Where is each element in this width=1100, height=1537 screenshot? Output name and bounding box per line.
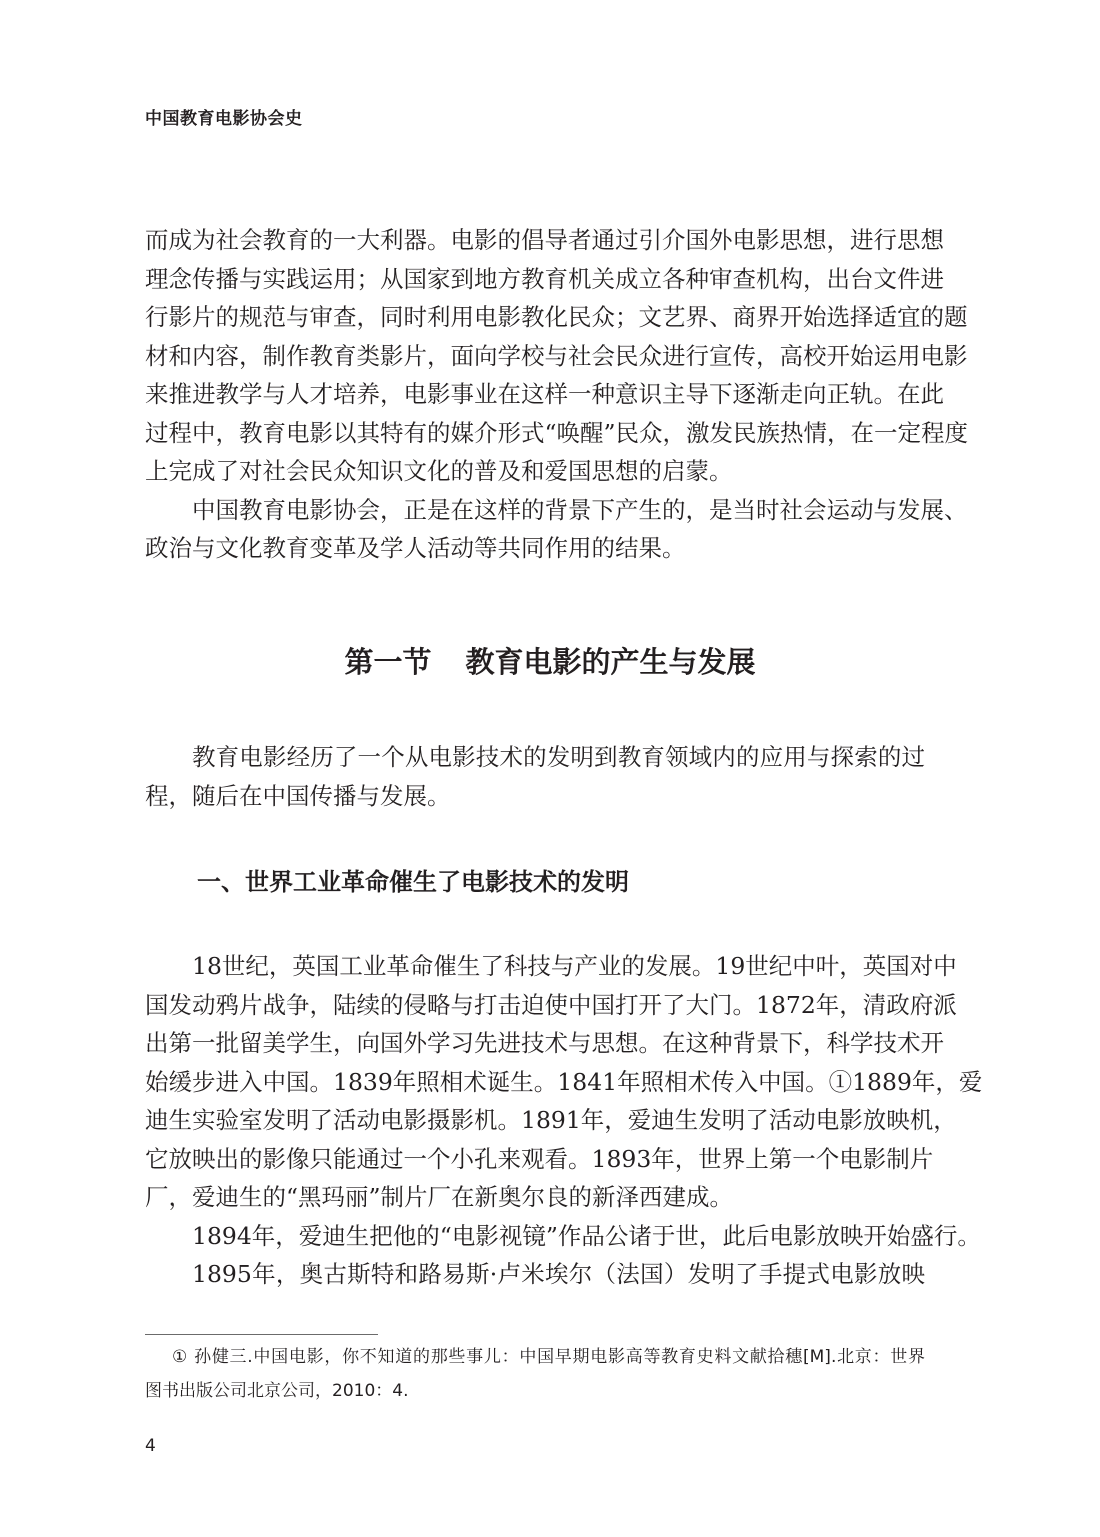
body-text-line: 迪生实验室发明了活动电影摄影机。1891年，爱迪生发明了活动电影放映机， bbox=[145, 1105, 925, 1135]
section-number: 第一节 bbox=[344, 645, 431, 679]
body-text-line: 教育电影经历了一个从电影技术的发明到教育领域内的应用与探索的过 bbox=[192, 742, 925, 772]
footnote-text: ① 孙健三.中国电影，你不知道的那些事儿：中国早期电影高等教育史料文献拾穗[M]… bbox=[172, 1346, 925, 1368]
body-text-line: 上完成了对社会民众知识文化的普及和爱国思想的启蒙。 bbox=[145, 456, 925, 486]
footnote-text: 图书出版公司北京公司，2010：4. bbox=[145, 1380, 408, 1402]
body-text-line: 过程中，教育电影以其特有的媒介形式“唤醒”民众，激发民族热情，在一定程度 bbox=[145, 418, 925, 448]
subsection-heading: 一、世界工业革命催生了电影技术的发明 bbox=[197, 862, 629, 897]
body-text-line: 始缓步进入中国。1839年照相术诞生。1841年照相术传入中国。①1889年，爱 bbox=[145, 1067, 925, 1097]
body-text-line: 它放映出的影像只能通过一个小孔来观看。1893年，世界上第一个电影制片 bbox=[145, 1144, 925, 1174]
section-title-text: 教育电影的产生与发展 bbox=[466, 645, 756, 679]
body-text-line: 国发动鸦片战争，陆续的侵略与打击迫使中国打开了大门。1872年，清政府派 bbox=[145, 990, 925, 1020]
body-text-line: 而成为社会教育的一大利器。电影的倡导者通过引介国外电影思想，进行思想 bbox=[145, 225, 925, 255]
body-text-line: 中国教育电影协会，正是在这样的背景下产生的，是当时社会运动与发展、 bbox=[192, 495, 925, 525]
body-text-line: 1894年，爱迪生把他的“电影视镜”作品公诸于世，此后电影放映开始盛行。 bbox=[192, 1221, 925, 1251]
body-text-line: 政治与文化教育变革及学人活动等共同作用的结果。 bbox=[145, 533, 925, 563]
body-text-line: 理念传播与实践运用；从国家到地方教育机关成立各种审查机构，出台文件进 bbox=[145, 264, 925, 294]
body-text-line: 程，随后在中国传播与发展。 bbox=[145, 781, 925, 811]
body-text-line: 出第一批留美学生，向国外学习先进技术与思想。在这种背景下，科学技术开 bbox=[145, 1028, 925, 1058]
body-text-line: 行影片的规范与审查，同时利用电影教化民众；文艺界、商界开始选择适宜的题 bbox=[145, 302, 925, 332]
footnote-divider bbox=[145, 1334, 378, 1335]
section-title: 第一节教育电影的产生与发展 bbox=[0, 640, 1100, 681]
body-text-line: 来推进教学与人才培养，电影事业在这样一种意识主导下逐渐走向正轨。在此 bbox=[145, 379, 925, 409]
body-text-line: 厂，爱迪生的“黑玛丽”制片厂在新奥尔良的新泽西建成。 bbox=[145, 1182, 925, 1212]
body-text-line: 1895年，奥古斯特和路易斯·卢米埃尔（法国）发明了手提式电影放映 bbox=[192, 1259, 925, 1289]
running-head: 中国教育电影协会史 bbox=[145, 104, 303, 129]
page-number: 4 bbox=[145, 1436, 156, 1456]
body-text-line: 材和内容，制作教育类影片，面向学校与社会民众进行宣传，高校开始运用电影 bbox=[145, 341, 925, 371]
body-text-line: 18世纪，英国工业革命催生了科技与产业的发展。19世纪中叶，英国对中 bbox=[192, 951, 925, 981]
